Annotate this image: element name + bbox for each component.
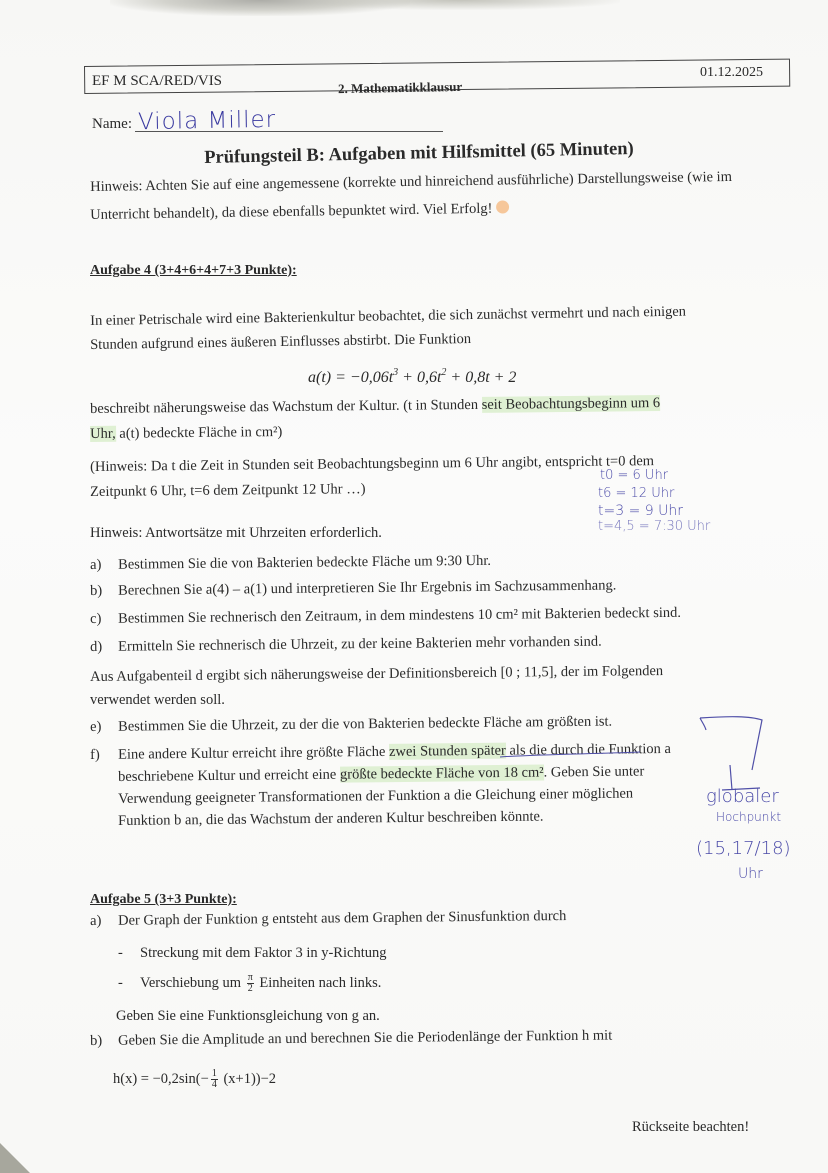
item-label: a) bbox=[90, 910, 118, 932]
handwritten-marks bbox=[0, 0, 828, 1173]
bullet-dash: - bbox=[118, 972, 140, 994]
handwritten-note: Hochpunkt bbox=[716, 810, 781, 824]
item-text: Der Graph der Funktion g entsteht aus de… bbox=[118, 908, 566, 929]
formula-part: (x+1))−2 bbox=[220, 1071, 276, 1087]
bullet-text: Einheiten nach links. bbox=[256, 975, 382, 991]
bullet-text: Verschiebung um bbox=[140, 975, 245, 991]
fraction-denominator: 2 bbox=[247, 984, 254, 994]
handwritten-note: Uhr bbox=[738, 866, 763, 882]
task5-bullet-1: -Streckung mit dem Faktor 3 in y-Richtun… bbox=[118, 942, 386, 964]
handwritten-note: globaler bbox=[706, 786, 779, 807]
bullet-text: Streckung mit dem Faktor 3 in y-Richtung bbox=[140, 945, 386, 961]
fraction: π2 bbox=[247, 973, 254, 994]
task5-h-formula: h(x) = −0,2sin(−14 (x+1))−2 bbox=[113, 1068, 276, 1090]
task5-a-task: Geben Sie eine Funktionsgleichung von g … bbox=[116, 1005, 380, 1027]
task5-heading-text: Aufgabe 5 (3+3 Punkte): bbox=[90, 892, 237, 907]
task5-bullet-2: -Verschiebung um π2 Einheiten nach links… bbox=[118, 972, 381, 994]
handwritten-note: (15,17/18) bbox=[696, 838, 791, 859]
exam-page: EF M SCA/RED/VIS 2. Mathematikklausur 01… bbox=[0, 0, 828, 1173]
fraction: 14 bbox=[211, 1069, 218, 1090]
formula-part: h(x) = −0,2sin(− bbox=[113, 1071, 209, 1087]
item-label: b) bbox=[90, 1030, 118, 1052]
bullet-dash: - bbox=[118, 942, 140, 964]
task5-heading: Aufgabe 5 (3+3 Punkte): bbox=[90, 888, 237, 911]
fraction-denominator: 4 bbox=[211, 1080, 218, 1090]
footer-note: Rückseite beachten! bbox=[632, 1116, 749, 1138]
item-text: Geben Sie die Amplitude an und berechnen… bbox=[118, 1028, 612, 1049]
